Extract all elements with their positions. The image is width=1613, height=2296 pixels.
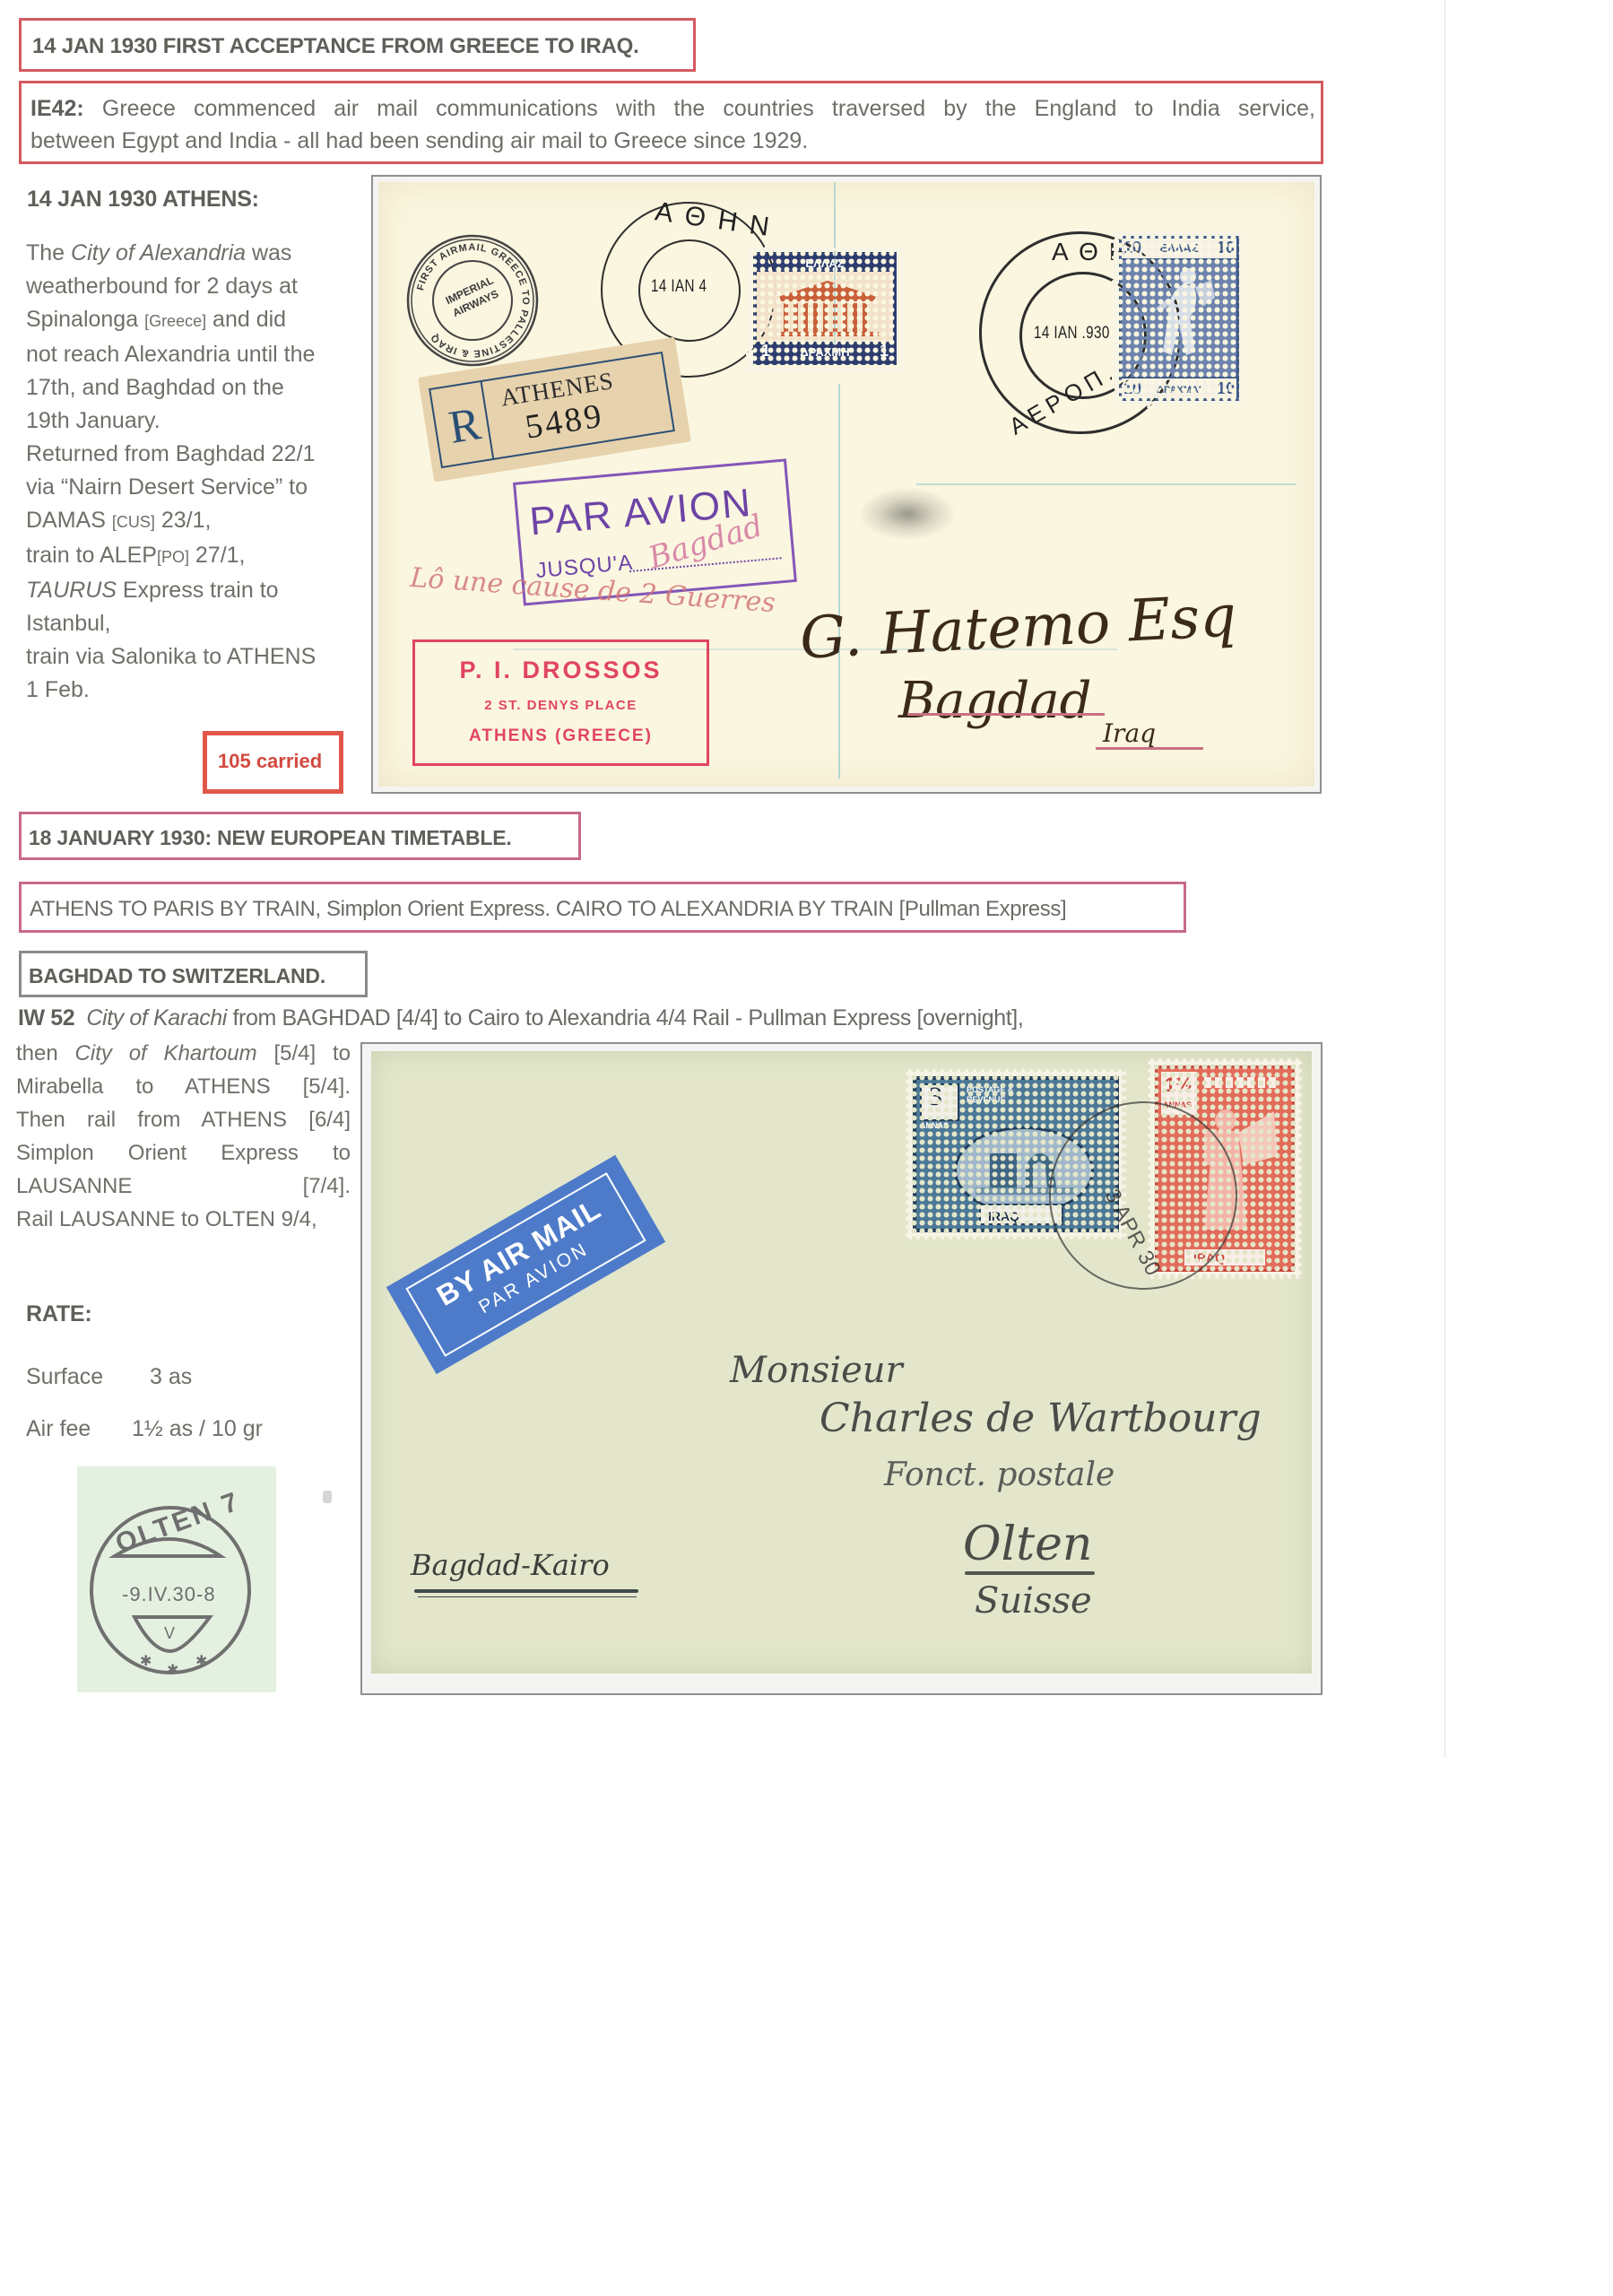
stamp-2-value-br: 10 — [1217, 379, 1235, 398]
olten-code: V — [164, 1624, 175, 1643]
rate-heading: RATE: — [26, 1301, 92, 1327]
section1-note-line1: IE42: Greece commenced air mail communic… — [30, 92, 1315, 125]
stamp-2-value-tl: 10 — [1123, 239, 1141, 257]
stamp-2-value-bl: 10 — [1123, 379, 1141, 398]
postmark-2-date: 14 IAN .930 — [1034, 324, 1110, 344]
envelope-2: BY AIR MAIL PAR AVION 3 ANNAS POSTAGE & … — [371, 1051, 1312, 1674]
section1-subheading: 14 JAN 1930 ATHENS: — [27, 187, 259, 213]
addressee-line3: Fonct. postale — [884, 1457, 1114, 1493]
sender-handstamp: P. I. DROSSOS 2 ST. DENYS PLACE ATHENS (… — [412, 639, 709, 766]
stamp-1-denomination: ΔΡΑΧΜΗ — [757, 345, 893, 359]
city-strikethrough — [907, 713, 1105, 716]
stamp-greece-1-drachma: ΕΛΛΑΣ 1 ΔΡΑΧΜΗ 1 — [746, 245, 904, 372]
route-underline-2 — [418, 1596, 637, 1597]
airmail-label: BY AIR MAIL PAR AVION — [386, 1155, 665, 1374]
postmark-1-date: 14 IAN 4 — [651, 277, 707, 297]
hermes-figure-icon — [1149, 262, 1220, 378]
city-underline — [965, 1571, 1095, 1575]
section3-intro: IW 52 City of Karachi from BAGHDAD [4/4]… — [18, 1005, 1023, 1031]
section1-note-line2: between Egypt and India - all had been s… — [30, 125, 1315, 157]
stamp-iraq1-value: 3 — [929, 1082, 942, 1112]
rate-row-air-fee: Air fee1½ as / 10 gr — [26, 1403, 263, 1455]
section1-title-box: 14 JAN 1930 FIRST ACCEPTANCE FROM GREECE… — [19, 18, 696, 72]
section3-title: BAGHDAD TO SWITZERLAND. — [29, 964, 325, 988]
addressee-country: Suisse — [975, 1580, 1092, 1622]
postmark-1-town: ΑΘΗΝ — [653, 196, 783, 244]
stamp-1-country: ΕΛΛΑΣ — [757, 257, 893, 270]
guideline — [916, 483, 1296, 485]
baghdad-postmark-date: 3 APR 30 — [1099, 1185, 1166, 1280]
stamp-1-value-right: 1 — [880, 342, 889, 361]
section1-title: 14 JAN 1930 FIRST ACCEPTANCE FROM GREECE… — [32, 34, 639, 59]
scan-edge-line — [1444, 0, 1445, 1758]
envelope-1: FIRST AIRMAIL GREECE TO PALLESTINE & IRA… — [378, 182, 1314, 787]
section1-note-box: IE42: Greece commenced air mail communic… — [19, 81, 1323, 164]
route-annotation: Bagdad-Kairo — [411, 1548, 610, 1582]
addressee-line2: Charles de Wartbourg — [820, 1396, 1262, 1441]
svg-text:✱: ✱ — [167, 1663, 178, 1678]
section3-intro-code: IW 52 — [18, 1005, 74, 1031]
stamp-iraq1-country: IRAQ — [988, 1209, 1019, 1223]
section2-title: 18 JANUARY 1930: NEW EUROPEAN TIMETABLE. — [29, 826, 512, 850]
olten-arrival-postmark: ✱✱✱ OLTEN 7 -9.IV.30-8 V — [77, 1466, 276, 1692]
section1-note: IE42: Greece commenced air mail communic… — [30, 92, 1315, 157]
svg-text:✱: ✱ — [140, 1654, 152, 1669]
section1-description: The City of Alexandria was weatherbound … — [26, 237, 367, 707]
cover-greece-to-iraq: FIRST AIRMAIL GREECE TO PALLESTINE & IRA… — [371, 175, 1322, 794]
sender-city: ATHENS (GREECE) — [415, 726, 707, 746]
addressee-line1: Monsieur — [730, 1350, 903, 1391]
baghdad-postmark: 3 APR 30 — [1049, 1101, 1237, 1290]
stamp-iraq1-unit: ANNAS — [920, 1121, 949, 1130]
section1-note-code: IE42: — [30, 96, 84, 121]
sender-name: P. I. DROSSOS — [415, 657, 707, 684]
backstamp-smudge — [858, 487, 957, 541]
svg-text:✱: ✱ — [195, 1654, 207, 1669]
section3-title-box: BAGHDAD TO SWITZERLAND. — [19, 951, 368, 997]
speck — [323, 1491, 332, 1503]
imperial-airways-cachet: FIRST AIRMAIL GREECE TO PALLESTINE & IRA… — [405, 233, 540, 368]
swiss-postmark-icon: ✱✱✱ — [77, 1466, 276, 1692]
section2-note-box: ATHENS TO PARIS BY TRAIN, Simplon Orient… — [19, 882, 1186, 933]
sender-address: 2 ST. DENYS PLACE — [415, 698, 707, 713]
olten-date: -9.IV.30-8 — [122, 1583, 216, 1606]
carried-badge-text: 105 carried — [218, 750, 322, 773]
addressee-country: Iraq — [1103, 718, 1156, 748]
cover-baghdad-to-switzerland: BY AIR MAIL PAR AVION 3 ANNAS POSTAGE & … — [360, 1042, 1322, 1695]
route-underline — [414, 1589, 638, 1593]
stamp-iraq1-header: POSTAGE & REVENUE — [967, 1085, 1029, 1105]
stamp-2-value-tr: 10 — [1217, 239, 1235, 257]
section3-description: then City of Khartoum [5/4] to Mirabella… — [16, 1037, 351, 1236]
addressee-city: Bagdad — [898, 672, 1091, 730]
addressee-name: G. Hatemo Esq — [798, 583, 1237, 672]
country-underline — [1096, 747, 1203, 750]
guideline — [838, 384, 840, 778]
rate-table: Surface3 as Air fee1½ as / 10 gr — [26, 1351, 263, 1455]
rate-row-surface: Surface3 as — [26, 1351, 263, 1403]
stamp-iraq2-value: 1½ — [1165, 1074, 1192, 1097]
stamp-greece-10-drachmai: ΕΛΛΑΣ 10 10 ΔΡΑΧΜΑΙ 10 10 — [1112, 229, 1246, 408]
addressee-city: Olten — [963, 1518, 1092, 1571]
section2-title-box: 18 JANUARY 1930: NEW EUROPEAN TIMETABLE. — [19, 812, 581, 860]
carried-badge: 105 carried — [203, 731, 343, 794]
section2-note: ATHENS TO PARIS BY TRAIN, Simplon Orient… — [30, 897, 1066, 922]
temple-icon — [769, 277, 886, 340]
